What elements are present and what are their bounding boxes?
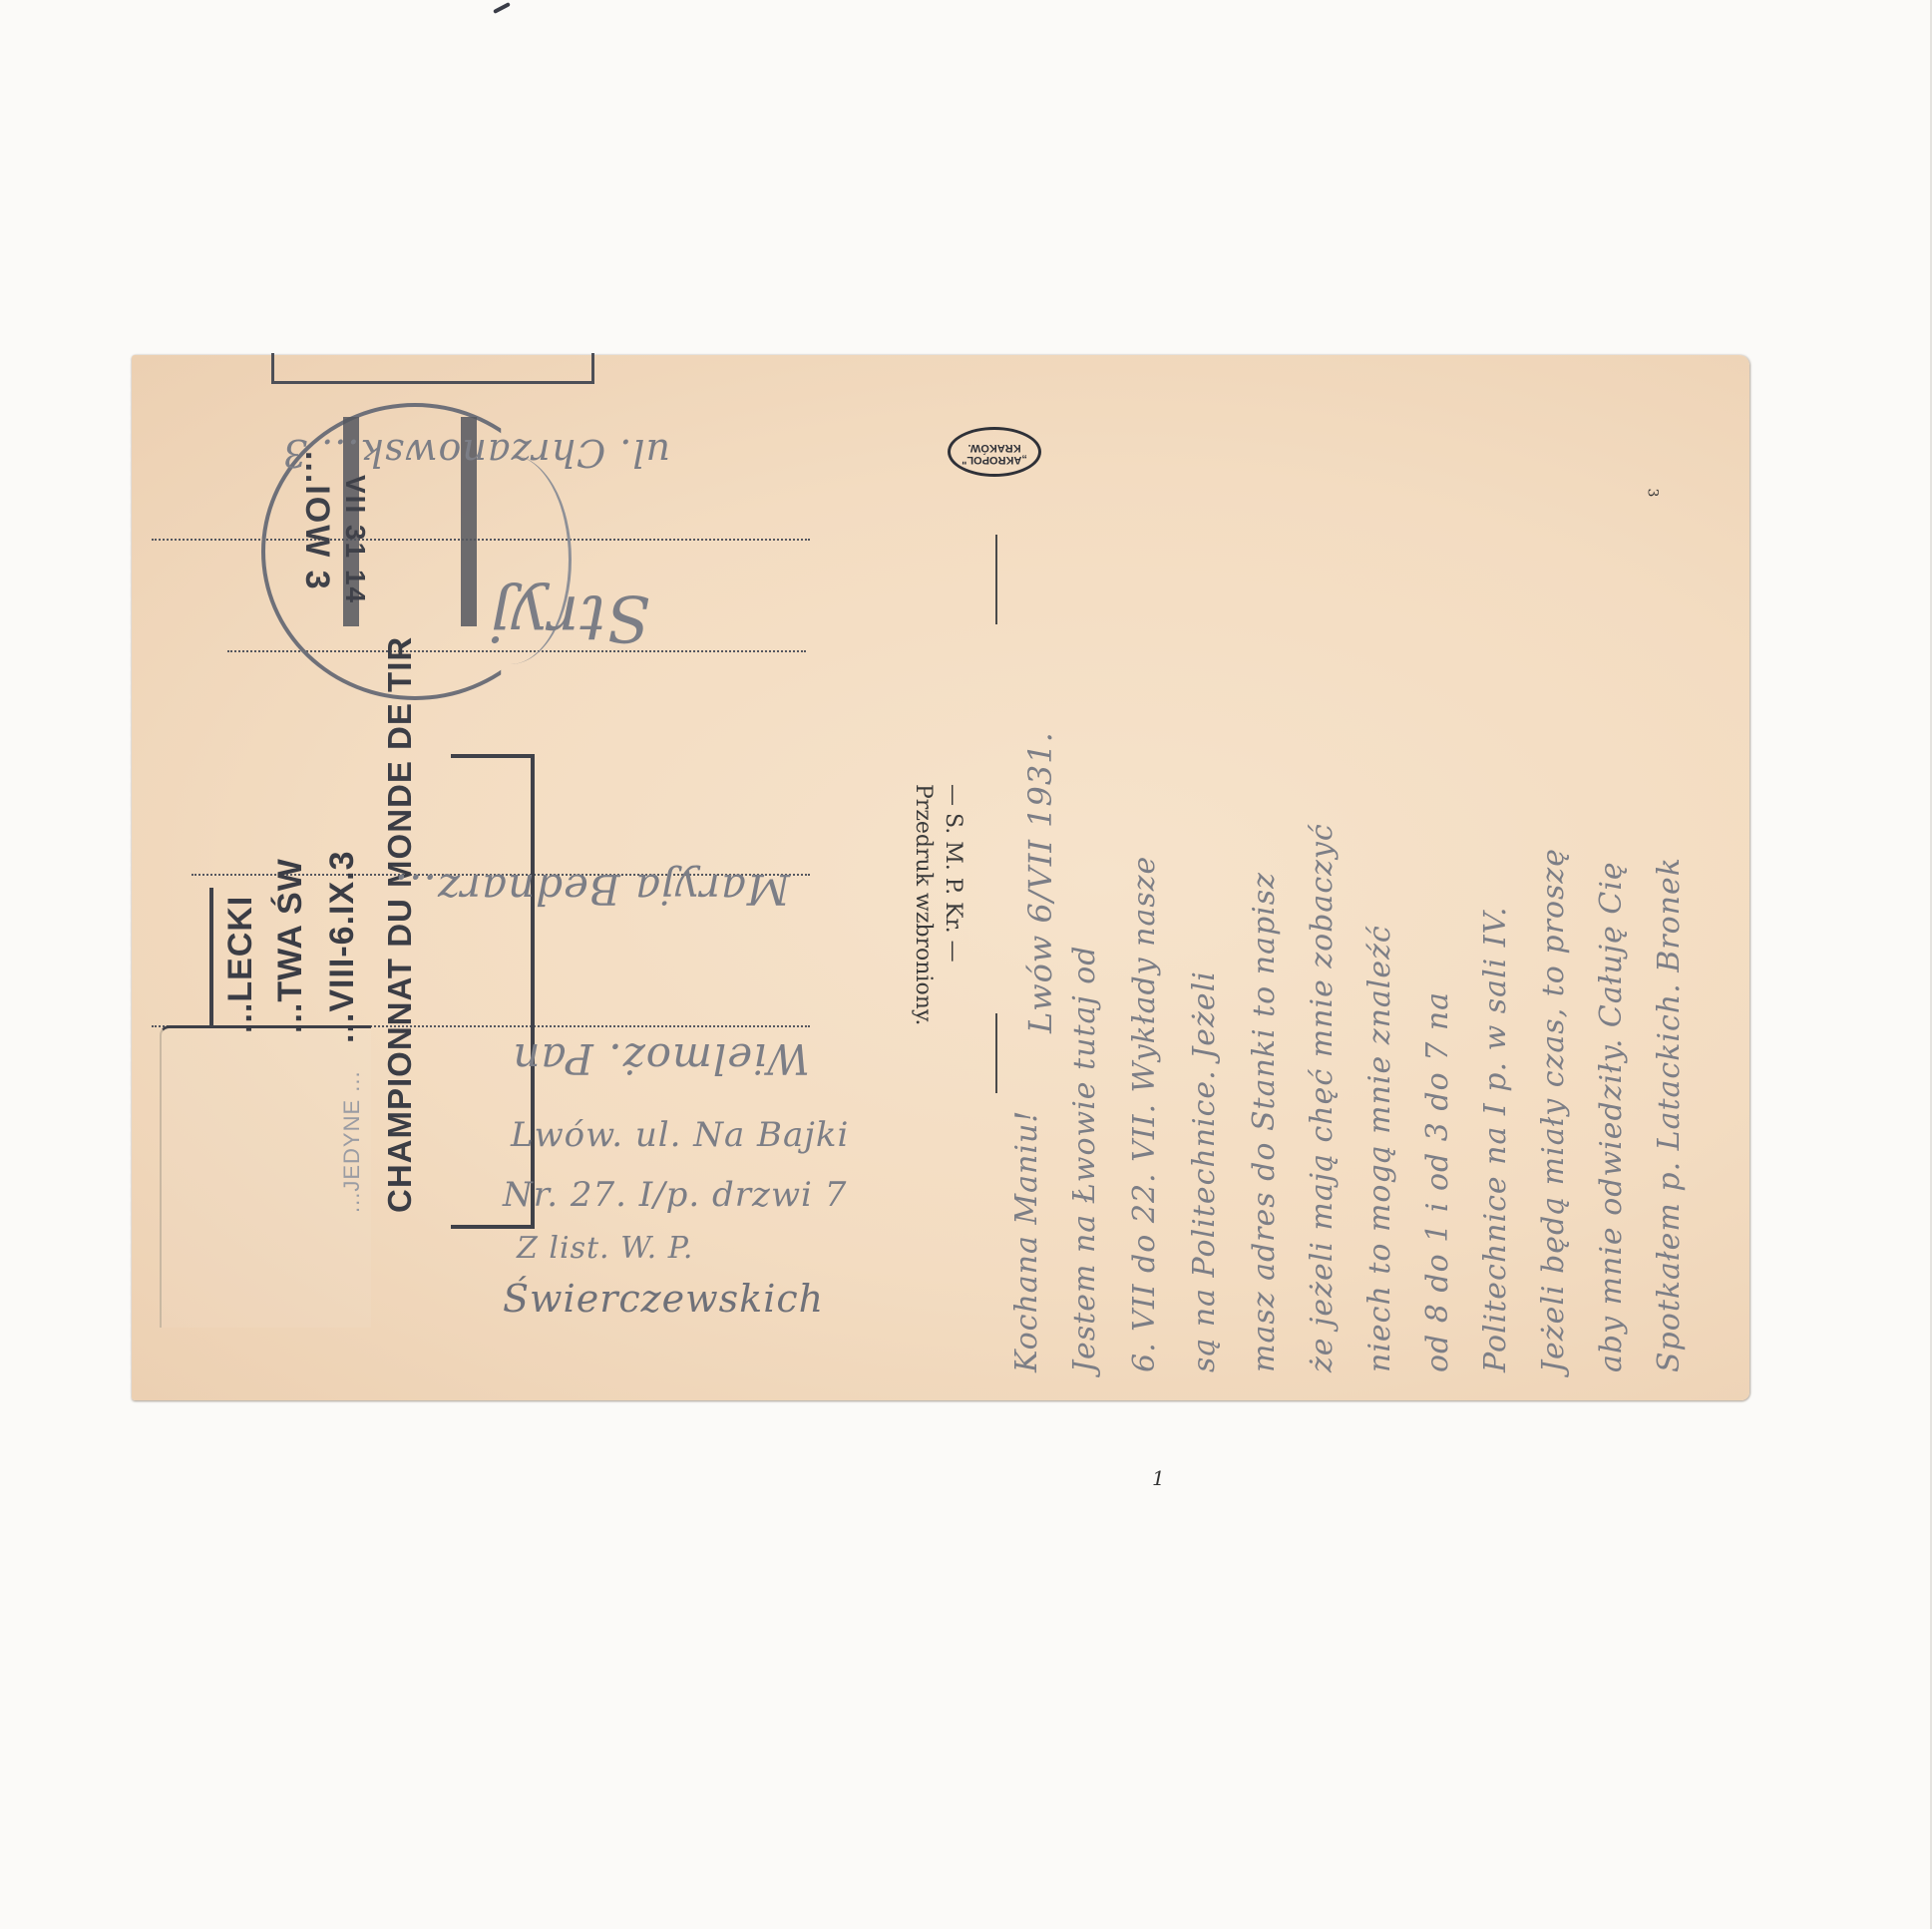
postcard: VII 31 14 ...IOW 3 ...LECKI ...TWA ŚW ..… (132, 355, 1749, 1400)
message-line-7: niech to mogą mnie znaleźć (1362, 925, 1397, 1372)
postmark-date: VII 31 14 (339, 475, 371, 604)
address-name: Maryja Bednarz... (394, 865, 790, 914)
slogan-line-4: CHAMPIONNAT DU MONDE DE TIR (381, 636, 419, 1213)
message-line-9: Politechnice na I p. w sali IV. (1478, 906, 1513, 1372)
publisher-city: KRAKÓW. (951, 442, 1038, 454)
stray-ink-mark (493, 2, 511, 14)
address-city: Stryj (490, 580, 650, 654)
slogan-line-1: ...LECKI (221, 896, 260, 1033)
message-line-1: Kochana Maniu! (1009, 1110, 1044, 1372)
message-line-4: są na Politechnice. Jeżeli (1187, 970, 1222, 1372)
slogan-faint-line: ...JEDYNE ... (339, 1070, 365, 1213)
message-date: Lwów 6/VII 1931. (1021, 731, 1059, 1033)
stray-digit: 1 (1152, 1466, 1165, 1490)
publisher-stamp: „AKROPOL" KRAKÓW. (948, 427, 1041, 477)
message-line-11: aby mnie odwiedziły. Całuję Cię (1594, 861, 1629, 1372)
publisher-name: „AKROPOL" (951, 454, 1038, 466)
message-line-10: Jeżeli będą miały czas, to proszę (1536, 848, 1571, 1372)
address-street: ul. Chrzanowsk... 3 (282, 431, 670, 475)
slogan-cancel-frame (451, 754, 535, 1229)
address-salutation: Wielmoż. Pan (512, 1034, 810, 1083)
copyright-note: Przedruk wzbroniony. (911, 784, 936, 1025)
sender-line-4: Świerczewskich (503, 1277, 824, 1321)
divider-rule (995, 1013, 997, 1093)
sender-line-3: Z list. W. P. (517, 1231, 693, 1266)
message-line-8: od 8 do 1 i od 3 do 7 na (1420, 991, 1455, 1372)
message-line-12: Spotkałem p. Latackich. Bronek (1652, 857, 1687, 1372)
page-number: 3 (1644, 489, 1660, 498)
message-line-3: 6. VII do 22. VII. Wykłady nasze (1127, 856, 1162, 1372)
publisher-code: — S. M. P. Kr. — (941, 784, 966, 963)
message-line-6: że jeżeli mają chęć mnie zobaczyć (1305, 823, 1340, 1372)
slogan-cancel-edge (209, 888, 213, 1027)
sender-line-2: Nr. 27. I/p. drzwi 7 (503, 1175, 847, 1215)
message-line-5: masz adres do Stanki to napisz (1247, 872, 1282, 1372)
slogan-line-2: ...TWA ŚW (271, 858, 310, 1033)
divider-rule-top (995, 535, 997, 624)
message-line-2: Jestem na Łwowie tutaj od (1067, 945, 1102, 1372)
slogan-line-3: ...VIII-6.IX.3 (323, 850, 362, 1043)
stamp-box-top (271, 353, 594, 384)
perforated-edge (126, 355, 136, 1400)
sender-line-1: Lwów. ul. Na Bajki (511, 1115, 849, 1155)
